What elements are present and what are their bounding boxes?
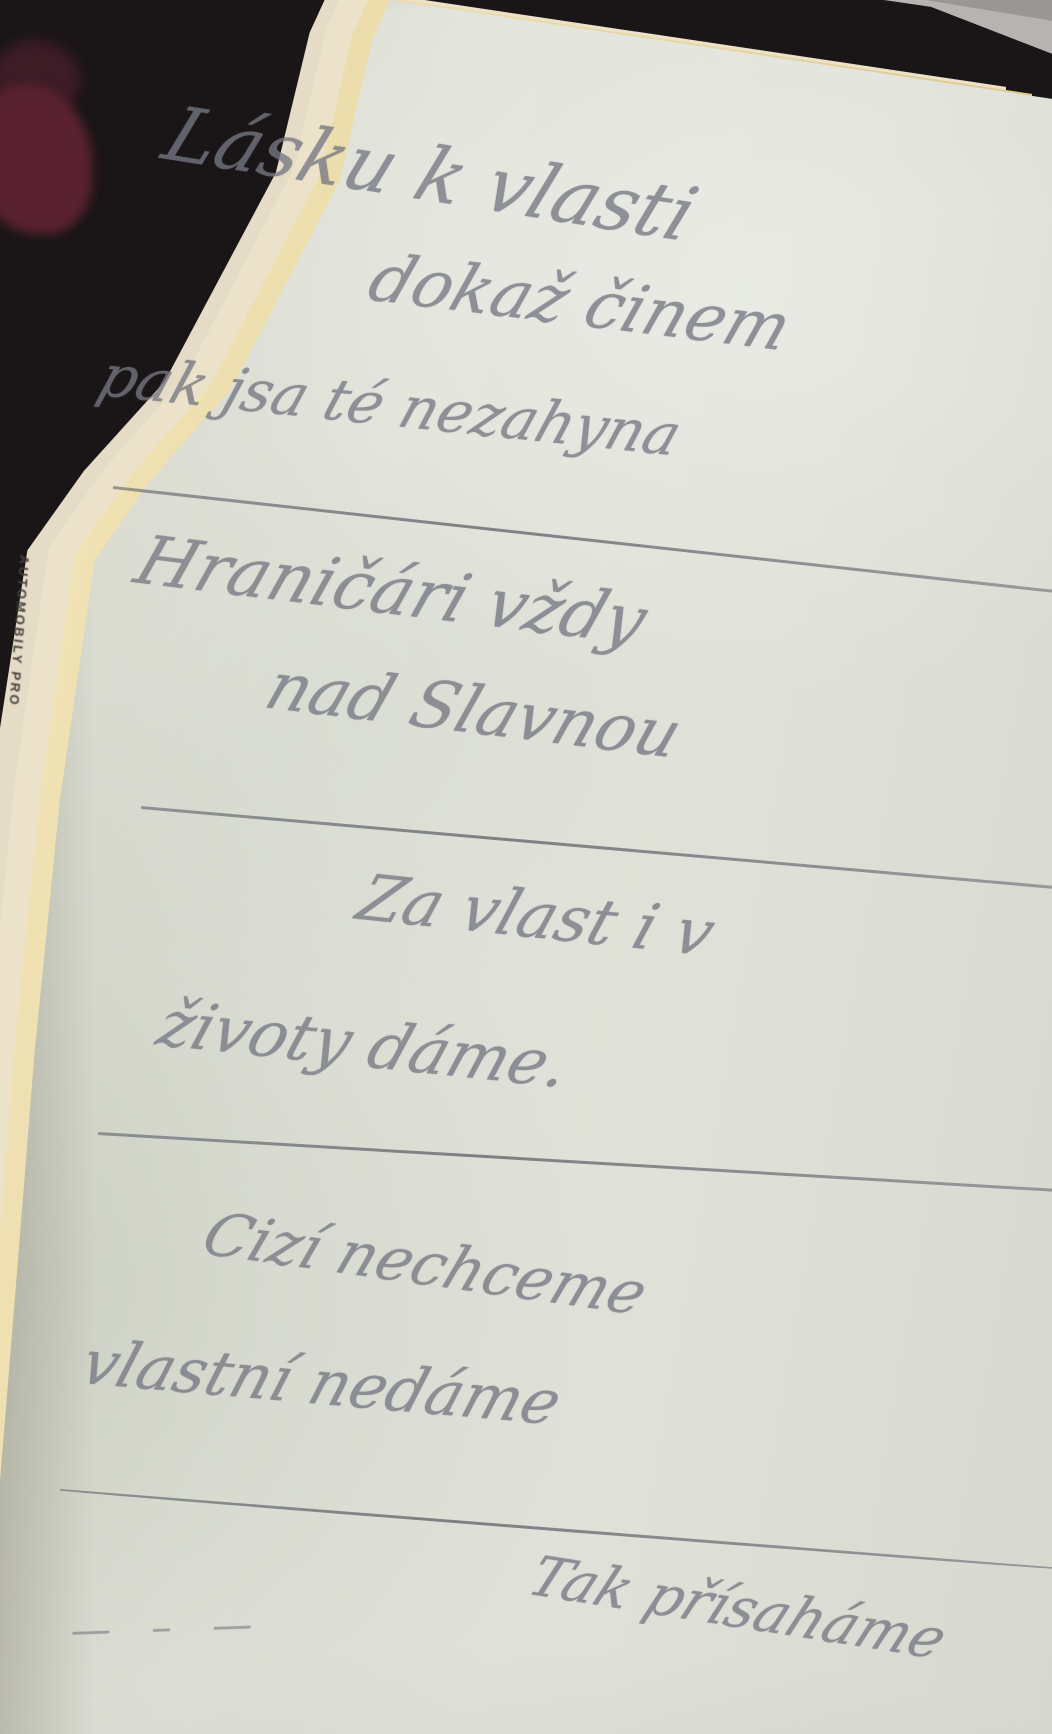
pencil-dashes: — – — bbox=[70, 1601, 267, 1654]
book-cover-maroon-edge bbox=[0, 84, 92, 234]
notebook-photo: AUTOMOBILY PRO Lásku k vlasti dokaž čine… bbox=[0, 0, 1052, 1734]
